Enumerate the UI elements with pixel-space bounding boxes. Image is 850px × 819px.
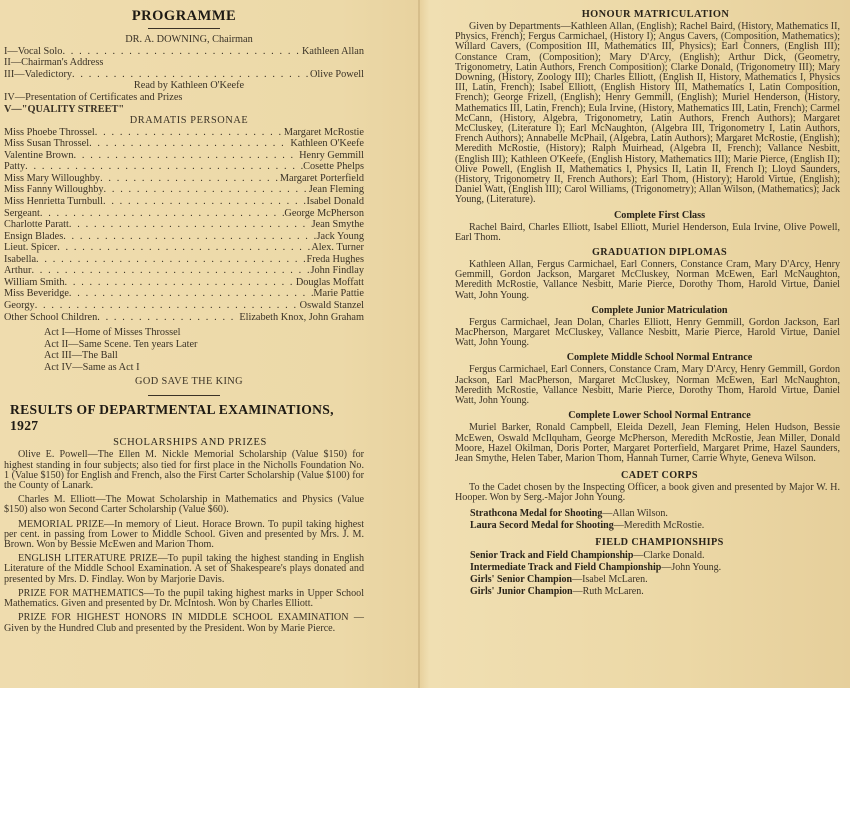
actor: Cosette Phelps: [303, 161, 364, 173]
medals-list: Strathcona Medal for Shooting—Allan Wils…: [455, 508, 840, 532]
leader-dots: [74, 150, 300, 162]
cast-row: IsabellaFreda Hughes: [4, 254, 364, 266]
first-class-text: Rachel Baird, Charles Elliott, Isabel El…: [455, 223, 840, 243]
right-column: HONOUR MATRICULATION Given by Department…: [479, 0, 840, 598]
medal-label: Laura Secord Medal for Shooting: [470, 520, 614, 531]
leader-dots: [69, 219, 312, 231]
leader-dots: [103, 196, 307, 208]
role: Miss Beveridge: [4, 288, 69, 300]
middle-title: Complete Middle School Normal Entrance: [479, 352, 840, 363]
cadet-text: To the Cadet chosen by the Inspecting Of…: [455, 483, 840, 503]
cast-list: Miss Phoebe ThrosselMargaret McRostieMis…: [4, 127, 364, 323]
programme-item: V—"QUALITY STREET": [4, 104, 364, 116]
lower-text: Muriel Barker, Ronald Campbell, Eleida D…: [455, 423, 840, 464]
honour-text: Given by Departments—Kathleen Allan, (En…: [455, 22, 840, 206]
actor: Margaret McRostie: [284, 127, 364, 139]
programme-item: III—ValedictoryOlive Powell: [4, 69, 364, 81]
diplomas-title: GRADUATION DIPLOMAS: [479, 247, 840, 258]
middle-text: Fergus Carmichael, Earl Conners, Constan…: [455, 365, 840, 406]
actor: Jean Smythe: [312, 219, 364, 231]
lower-title: Complete Lower School Normal Entrance: [479, 410, 840, 421]
actor: Douglas Moffatt: [296, 277, 364, 289]
prize-paragraphs: Olive E. Powell—The Ellen M. Nickle Memo…: [4, 450, 364, 633]
cast-row: Ensign BladesJack Young: [4, 231, 364, 243]
championship-label: Girls' Junior Champion: [470, 586, 573, 597]
junior-text: Fergus Carmichael, Jean Dolan, Charles E…: [455, 318, 840, 349]
actor: Jack Young: [317, 231, 365, 243]
cast-row: Miss Mary WilloughbyMargaret Porterfield: [4, 173, 364, 185]
cast-row: Miss Phoebe ThrosselMargaret McRostie: [4, 127, 364, 139]
championship-label: Girls' Senior Champion: [470, 574, 572, 585]
leader-dots: [63, 231, 316, 243]
divider: [148, 395, 220, 396]
closing-line: GOD SAVE THE KING: [14, 376, 364, 388]
actor: Jean Fleming: [309, 184, 364, 196]
role: Lieut. Spicer: [4, 242, 57, 254]
championship: Intermediate Track and Field Championshi…: [470, 562, 840, 574]
acts-list: Act I—Home of Misses ThrosselAct II—Same…: [44, 327, 364, 374]
leader-dots: [40, 208, 285, 220]
leader-dots: [97, 312, 239, 324]
programme-item: II—Chairman's Address: [4, 57, 364, 69]
programme-item: I—Vocal SoloKathleen Allan: [4, 46, 364, 58]
actor: George McPherson: [284, 208, 364, 220]
championship: Girls' Junior Champion—Ruth McLaren.: [470, 586, 840, 598]
actor: Oswald Stanzel: [300, 300, 364, 312]
programme-page: PROGRAMME DR. A. DOWNING, Chairman I—Voc…: [0, 0, 850, 688]
medal-winner: —Allan Wilson.: [602, 508, 668, 519]
actor: Henry Gemmill: [299, 150, 364, 162]
medal: Laura Secord Medal for Shooting—Meredith…: [470, 520, 840, 532]
medal-label: Strathcona Medal for Shooting: [470, 508, 602, 519]
cast-row: Valentine BrownHenry Gemmill: [4, 150, 364, 162]
championship-winner: —Clarke Donald.: [633, 550, 704, 561]
divider: [148, 28, 220, 29]
cast-row: Miss BeveridgeMarie Pattie: [4, 288, 364, 300]
leader-dots: [31, 265, 310, 277]
prize-paragraph: PRIZE FOR HIGHEST HONORS IN MIDDLE SCHOO…: [4, 613, 364, 633]
act-line: Act I—Home of Misses Throssel: [44, 327, 364, 339]
fold-crease: [418, 0, 420, 688]
actor: Margaret Porterfield: [280, 173, 364, 185]
role: Patty: [4, 161, 25, 173]
prize-paragraph: ENGLISH LITERATURE PRIZE—To pupil taking…: [4, 554, 364, 585]
actor: Isabel Donald: [307, 196, 364, 208]
cast-row: Charlotte ParattJean Smythe: [4, 219, 364, 231]
role: Arthur: [4, 265, 31, 277]
act-line: Act III—The Ball: [44, 350, 364, 362]
cast-row: ArthurJohn Findlay: [4, 265, 364, 277]
field-title: FIELD CHAMPIONSHIPS: [479, 537, 840, 548]
cast-row: Miss Henrietta TurnbullIsabel Donald: [4, 196, 364, 208]
role: Sergeant: [4, 208, 40, 220]
cadet-title: CADET CORPS: [479, 470, 840, 481]
prize-paragraph: PRIZE FOR MATHEMATICS—To the pupil takin…: [4, 589, 364, 609]
dramatis-title: DRAMATIS PERSONAE: [14, 115, 364, 127]
championship-label: Senior Track and Field Championship: [470, 550, 633, 561]
championship-winner: —Isabel McLaren.: [572, 574, 648, 585]
cast-row: Lieut. SpicerAlex. Turner: [4, 242, 364, 254]
role: Other School Children: [4, 312, 97, 324]
leader-dots: [100, 173, 280, 185]
left-column: PROGRAMME DR. A. DOWNING, Chairman I—Voc…: [4, 0, 364, 638]
read-by: Read by Kathleen O'Keefe: [14, 80, 364, 92]
prize-paragraph: Olive E. Powell—The Ellen M. Nickle Memo…: [4, 450, 364, 491]
cast-row: GeorgyOswald Stanzel: [4, 300, 364, 312]
prize-paragraph: MEMORIAL PRIZE—In memory of Lieut. Horac…: [4, 520, 364, 551]
role: Miss Susan Throssel: [4, 138, 89, 150]
leader-dots: [95, 127, 284, 139]
leader-dots: [69, 288, 313, 300]
actor: Marie Pattie: [313, 288, 364, 300]
leader-dots: [104, 184, 309, 196]
programme-title: PROGRAMME: [4, 8, 364, 25]
role: Georgy: [4, 300, 35, 312]
act-line: Act II—Same Scene. Ten years Later: [44, 339, 364, 351]
championship: Senior Track and Field Championship—Clar…: [470, 550, 840, 562]
role: Isabella: [4, 254, 36, 266]
actor: Freda Hughes: [307, 254, 364, 266]
diplomas-text: Kathleen Allan, Fergus Carmichael, Earl …: [455, 260, 840, 301]
prize-paragraph: Charles M. Elliott—The Mowat Scholarship…: [4, 495, 364, 515]
scholarships-title: SCHOLARSHIPS AND PRIZES: [16, 437, 364, 448]
leader-dots: [25, 161, 303, 173]
cast-row: PattyCosette Phelps: [4, 161, 364, 173]
results-title: RESULTS OF DEPARTMENTAL EXAMINATIONS, 19…: [10, 402, 364, 434]
leader-dots: [57, 242, 311, 254]
leader-dots: [89, 138, 290, 150]
role: Miss Phoebe Throssel: [4, 127, 95, 139]
cast-row: Other School ChildrenElizabeth Knox, Joh…: [4, 312, 364, 324]
chairman: DR. A. DOWNING, Chairman: [14, 34, 364, 46]
championship: Girls' Senior Champion—Isabel McLaren.: [470, 574, 840, 586]
medal-winner: —Meredith McRostie.: [614, 520, 705, 531]
programme-item: IV—Presentation of Certificates and Priz…: [4, 92, 364, 104]
actor: Kathleen O'Keefe: [290, 138, 364, 150]
championship-winner: —Ruth McLaren.: [573, 586, 644, 597]
role: Charlotte Paratt: [4, 219, 69, 231]
role: Miss Mary Willoughby: [4, 173, 100, 185]
act-line: Act IV—Same as Act I: [44, 362, 364, 374]
medal: Strathcona Medal for Shooting—Allan Wils…: [470, 508, 840, 520]
honour-title: HONOUR MATRICULATION: [471, 9, 840, 20]
actor: John Findlay: [311, 265, 365, 277]
role: Ensign Blades: [4, 231, 63, 243]
cast-row: William SmithDouglas Moffatt: [4, 277, 364, 289]
junior-title: Complete Junior Matriculation: [479, 305, 840, 316]
role: William Smith: [4, 277, 65, 289]
actor: Alex. Turner: [311, 242, 364, 254]
first-class-title: Complete First Class: [479, 210, 840, 221]
role: Miss Henrietta Turnbull: [4, 196, 103, 208]
cast-row: SergeantGeorge McPherson: [4, 208, 364, 220]
championship-winner: —John Young.: [661, 562, 721, 573]
cast-row: Miss Fanny WilloughbyJean Fleming: [4, 184, 364, 196]
role: Miss Fanny Willoughby: [4, 184, 104, 196]
field-list: Senior Track and Field Championship—Clar…: [455, 550, 840, 598]
role: Valentine Brown: [4, 150, 74, 162]
leader-dots: [36, 254, 306, 266]
cast-row: Miss Susan ThrosselKathleen O'Keefe: [4, 138, 364, 150]
championship-label: Intermediate Track and Field Championshi…: [470, 562, 661, 573]
leader-dots: [65, 277, 296, 289]
leader-dots: [35, 300, 300, 312]
actor: Elizabeth Knox, John Graham: [239, 312, 364, 324]
